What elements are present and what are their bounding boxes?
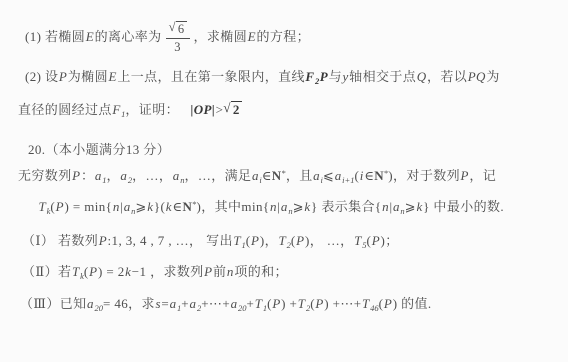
- math-superscripted-set: N*: [374, 167, 388, 185]
- text-run: 直径的圆经过点: [18, 101, 112, 119]
- radicand: 6: [176, 21, 187, 37]
- math-subscripted-variable: a2: [120, 167, 132, 185]
- text-run: ：: [81, 167, 94, 185]
- text-run: ) +: [281, 295, 297, 313]
- document-line: 直径的圆经过点F1，证明： |OP| > √2: [18, 101, 242, 119]
- math-variable-base: F: [112, 101, 121, 119]
- math-variable-bold: P: [319, 68, 328, 86]
- math-variable: k: [304, 198, 311, 216]
- text-run: （Ⅱ）若: [22, 263, 71, 281]
- math-superscripted-set: N*: [272, 167, 286, 185]
- math-variable: P: [251, 232, 260, 250]
- math-subscript: k: [80, 271, 84, 282]
- text-run: (1) 若椭圆: [25, 28, 85, 46]
- math-variable: Q: [416, 68, 427, 86]
- document-line: （Ⅱ）若 Tk(P) = 2k−1 ，求数列P 前n项的和；: [22, 263, 288, 281]
- math-variable-base: T: [354, 232, 363, 250]
- fraction: √63: [166, 20, 190, 54]
- math-variable: k: [416, 198, 423, 216]
- text-run: ) +⋯+: [324, 295, 361, 313]
- text-run: )， …，: [305, 232, 354, 250]
- text-run: （Ⅲ）已知: [20, 295, 87, 313]
- fraction-numerator: √6: [166, 20, 190, 39]
- math-variable-base: T: [254, 295, 263, 313]
- math-variable-base: F: [305, 68, 315, 86]
- math-subscripted-variable: ai+1: [334, 167, 354, 185]
- math-subscripted-variable: an: [172, 167, 184, 185]
- text-run: ，…，满足: [184, 167, 251, 185]
- document-line: （Ⅰ） 若数列P :1, 3, 4 , 7 , …， 写出 T1(P)， T2(…: [22, 232, 399, 250]
- text-run: 为: [486, 68, 499, 86]
- math-subscripted-variable: an: [123, 198, 135, 216]
- math-variable-bold: |OP|: [190, 101, 216, 119]
- text-run: 无穷数列: [18, 167, 72, 185]
- math-variable: E: [108, 68, 117, 86]
- math-subscript: 1: [177, 303, 181, 314]
- math-subscript: 2: [197, 303, 201, 314]
- math-variable-base: a: [123, 198, 131, 216]
- math-variable-base: a: [87, 295, 95, 313]
- math-variable: y: [342, 68, 349, 86]
- math-variable-base: a: [280, 198, 288, 216]
- document-line: （Ⅲ）已知 a20 = 46，求 s = a1 + a2 +⋯+ a20 + T…: [20, 295, 432, 313]
- radical-sign-icon: √: [169, 21, 176, 35]
- math-subscript: i+1: [342, 175, 354, 186]
- text-run: ∈: [172, 198, 182, 216]
- math-subscript: 1: [263, 303, 267, 314]
- text-run: ，: [107, 167, 120, 185]
- text-run: +: [181, 295, 189, 313]
- math-variable: P: [315, 295, 324, 313]
- math-variable: P: [72, 167, 81, 185]
- text-run: ∈: [262, 167, 272, 185]
- math-subscript: n: [288, 206, 292, 217]
- math-variable: n: [270, 198, 278, 216]
- math-variable: k: [125, 263, 132, 281]
- math-subscript: n: [400, 206, 404, 217]
- math-subscript: n: [131, 206, 135, 217]
- math-subscript: 1: [102, 175, 106, 186]
- math-superscript: *: [192, 199, 196, 210]
- text-run: ) = 2: [98, 263, 125, 281]
- math-subscript: 46: [370, 303, 379, 314]
- math-variable-base: T: [233, 232, 242, 250]
- math-variable-base: a: [251, 167, 259, 185]
- math-subscript: 5: [362, 240, 366, 251]
- math-subscript: 1: [242, 240, 246, 251]
- fraction-denominator: 3: [174, 39, 181, 54]
- text-run: >: [216, 101, 224, 119]
- text-run: (2) 设: [25, 68, 58, 86]
- math-subscripted-variable: a1: [94, 167, 106, 185]
- math-subscript: i: [321, 175, 323, 186]
- document-line: (2) 设P 为椭圆E 上一点，且在第一象限内，直线F2P 与y 轴相交于点Q …: [25, 68, 500, 86]
- math-subscripted-variable: T1: [254, 295, 267, 313]
- text-run: 项的和；: [234, 263, 288, 281]
- text-run: ) 的值.: [393, 295, 432, 313]
- text-run: ，若以: [427, 68, 467, 86]
- math-subscript: 20: [238, 303, 247, 314]
- text-run: =: [161, 295, 169, 313]
- math-variable: P: [383, 295, 392, 313]
- math-variable-base: T: [71, 263, 80, 281]
- math-variable: n: [226, 263, 234, 281]
- math-subscripted-variable: T2: [278, 232, 291, 250]
- math-variable-base: T: [278, 232, 287, 250]
- text-run: 的方程；: [256, 28, 310, 46]
- text-run: )；: [381, 232, 399, 250]
- text-run: ⩾: [293, 198, 304, 216]
- math-subscripted-variable: T5: [354, 232, 367, 250]
- text-run: 的离心率为: [95, 28, 162, 46]
- math-variable: P: [98, 232, 107, 250]
- document-line: 20.（本小题满分13 分）: [28, 141, 170, 159]
- math-subscripted-variable: F2: [305, 68, 319, 86]
- math-variable: k: [165, 198, 172, 216]
- text-run: )，其中min{: [197, 198, 270, 216]
- text-run: 为椭圆: [68, 68, 108, 86]
- text-run: )，: [260, 232, 278, 250]
- text-run: }(: [154, 198, 165, 216]
- math-set-symbol: N: [272, 167, 282, 185]
- text-run: +⋯+: [201, 295, 230, 313]
- math-variable: E: [85, 28, 94, 46]
- math-variable: E: [247, 28, 256, 46]
- math-set-symbol: N: [182, 198, 192, 216]
- math-subscript: 2: [315, 76, 319, 87]
- math-subscripted-variable: an: [280, 198, 292, 216]
- math-variable: P: [89, 263, 98, 281]
- math-subscripted-variable: Tk: [38, 198, 50, 216]
- text-run: ) = min{: [65, 198, 113, 216]
- math-variable: P: [272, 295, 281, 313]
- math-subscripted-variable: a20: [230, 295, 246, 313]
- math-variable-base: T: [38, 198, 47, 216]
- text-run: （Ⅰ） 若数列: [22, 232, 98, 250]
- document-page: (1) 若椭圆E 的离心率为√63，求椭圆E 的方程； (2) 设P 为椭圆E …: [0, 0, 568, 362]
- math-subscripted-variable: Tk: [71, 263, 83, 281]
- text-run: −1 ，求数列: [132, 263, 204, 281]
- math-subscripted-variable: ai: [313, 167, 323, 185]
- math-variable: P: [371, 232, 380, 250]
- math-variable-base: T: [297, 295, 306, 313]
- sqrt-radical: √6: [169, 21, 187, 37]
- math-variable-base: a: [94, 167, 102, 185]
- math-variable-base: a: [393, 198, 401, 216]
- math-subscript: 1: [121, 109, 125, 120]
- text-run: ⩽: [323, 167, 334, 185]
- math-subscript: n: [180, 175, 184, 186]
- math-variable-base: a: [120, 167, 128, 185]
- math-variable: P: [296, 232, 305, 250]
- text-run: 20.（本小题满分13 分）: [28, 141, 170, 159]
- math-variable: PQ: [467, 68, 486, 86]
- text-run: ⩾: [405, 198, 416, 216]
- text-run: 上一点，且在第一象限内，直线: [117, 68, 305, 86]
- math-subscripted-variable: F1: [112, 101, 126, 119]
- text-run: +: [246, 295, 254, 313]
- text-run: } 表示集合{: [311, 198, 382, 216]
- math-variable-base: a: [334, 167, 342, 185]
- math-variable-base: a: [230, 295, 238, 313]
- math-superscript: *: [282, 168, 286, 179]
- text-run: ⩾: [135, 198, 146, 216]
- math-subscripted-variable: T46: [362, 295, 379, 313]
- math-subscripted-variable: ai: [251, 167, 261, 185]
- text-run: ，证明：: [125, 101, 190, 119]
- document-line: Tk(P) = min{n|an⩾k}(k∈N*)，其中min{n|an⩾k} …: [38, 198, 504, 216]
- math-subscripted-variable: an: [393, 198, 405, 216]
- radicand: 2: [231, 101, 242, 118]
- text-run: 轴相交于点: [349, 68, 416, 86]
- text-run: ，求椭圆: [194, 28, 248, 46]
- text-run: ，…，: [132, 167, 172, 185]
- math-variable-base: a: [189, 295, 197, 313]
- math-set-symbol: N: [374, 167, 384, 185]
- math-variable: P: [55, 198, 64, 216]
- text-run: 前: [213, 263, 226, 281]
- math-subscripted-variable: T1: [233, 232, 246, 250]
- math-variable: P: [204, 263, 213, 281]
- math-subscripted-variable: a1: [169, 295, 181, 313]
- math-subscripted-variable: T2: [297, 295, 310, 313]
- text-run: :1, 3, 4 , 7 , …， 写出: [108, 232, 233, 250]
- math-superscript: *: [384, 168, 388, 179]
- math-variable-base: a: [313, 167, 321, 185]
- math-subscript: 20: [94, 303, 103, 314]
- radical-sign-icon: √: [223, 101, 231, 115]
- math-superscripted-set: N*: [182, 198, 196, 216]
- math-variable: n: [382, 198, 390, 216]
- math-subscript: 2: [287, 240, 291, 251]
- math-subscripted-variable: a2: [189, 295, 201, 313]
- text-run: } 中最小的数.: [423, 198, 504, 216]
- document-line: 无穷数列 P： a1，a2，…，an，…，满足 ai∈N*，且 ai⩽ai+1(…: [18, 167, 496, 185]
- math-variable-base: a: [169, 295, 177, 313]
- math-subscript: k: [47, 206, 51, 217]
- text-run: 与: [329, 68, 342, 86]
- math-subscript: 2: [306, 303, 310, 314]
- math-subscript: i: [259, 175, 261, 186]
- sqrt-radical: √2: [223, 101, 241, 118]
- math-variable: k: [147, 198, 154, 216]
- math-variable: n: [112, 198, 120, 216]
- math-subscript: 2: [128, 175, 132, 186]
- text-run: ，记: [469, 167, 496, 185]
- text-run: )，对于数列: [388, 167, 460, 185]
- text-run: ，且: [286, 167, 313, 185]
- math-variable-base: T: [362, 295, 371, 313]
- document-line: (1) 若椭圆E 的离心率为√63，求椭圆E 的方程；: [25, 20, 310, 54]
- math-variable-base: a: [172, 167, 180, 185]
- text-run: ∈: [364, 167, 374, 185]
- math-variable: P: [58, 68, 67, 86]
- math-subscripted-variable: a20: [87, 295, 103, 313]
- text-run: = 46，求: [103, 295, 155, 313]
- math-variable: P: [460, 167, 469, 185]
